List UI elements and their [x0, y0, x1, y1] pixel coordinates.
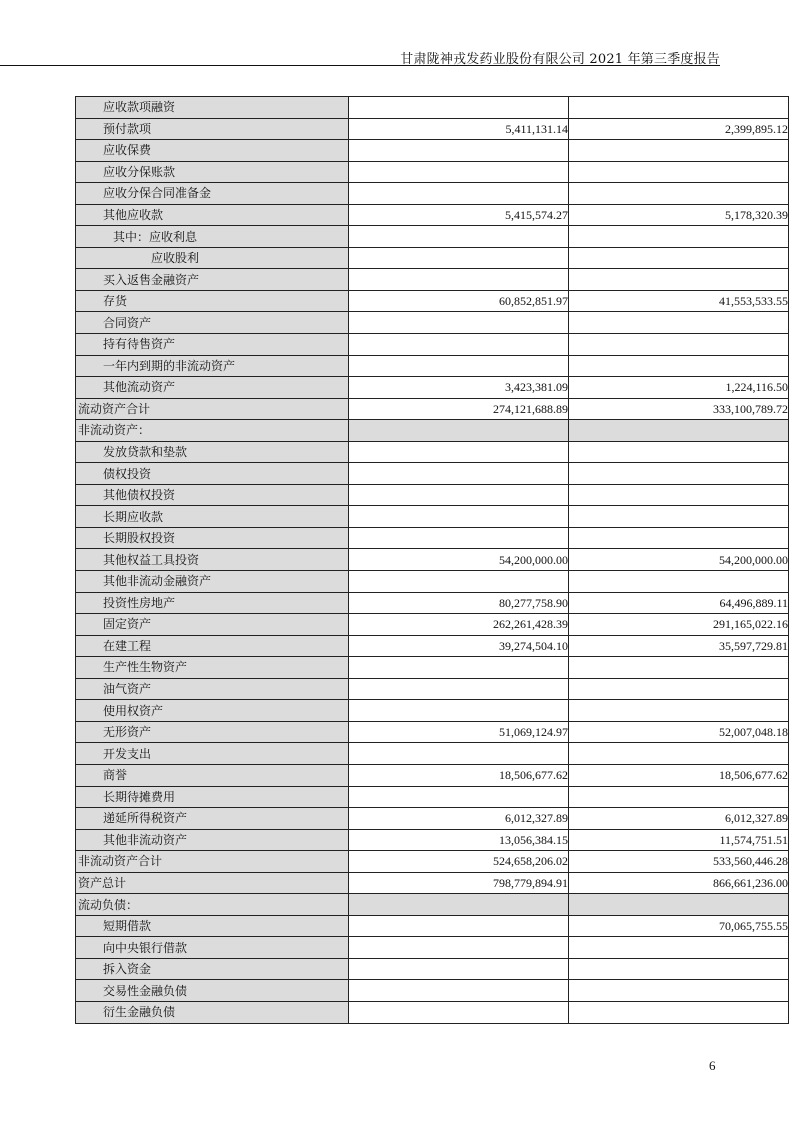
current-period-value: [349, 506, 569, 528]
row-label: 油气资产: [76, 678, 349, 700]
row-label: 拆入资金: [76, 958, 349, 980]
table-row: 固定资产262,261,428.39291,165,022.16: [76, 614, 789, 636]
current-period-value: [349, 657, 569, 679]
prior-period-value: [569, 527, 789, 549]
row-label: 预付款项: [76, 118, 349, 140]
current-period-value: 60,852,851.97: [349, 290, 569, 312]
prior-period-value: [569, 247, 789, 269]
current-period-value: [349, 894, 569, 916]
row-label: 长期应收款: [76, 506, 349, 528]
prior-period-value: 291,165,022.16: [569, 614, 789, 636]
current-period-value: [349, 571, 569, 593]
table-row: 其他流动资产3,423,381.091,224,116.50: [76, 377, 789, 399]
row-label: 固定资产: [76, 614, 349, 636]
section-header-row: 流动负债：: [76, 894, 789, 916]
table-row: 其他非流动资产13,056,384.1511,574,751.51: [76, 829, 789, 851]
prior-period-value: [569, 980, 789, 1002]
table-row: 拆入资金: [76, 958, 789, 980]
prior-period-value: [569, 700, 789, 722]
prior-period-value: [569, 183, 789, 205]
current-period-value: 524,658,206.02: [349, 851, 569, 873]
current-period-value: [349, 269, 569, 291]
table-row: 应收分保账款: [76, 161, 789, 183]
table-row: 应收款项融资: [76, 97, 789, 119]
current-period-value: [349, 97, 569, 119]
table-row: 其他债权投资: [76, 484, 789, 506]
row-label: 交易性金融负债: [76, 980, 349, 1002]
table-row: 应收股利: [76, 247, 789, 269]
prior-period-value: [569, 894, 789, 916]
row-label: 商誉: [76, 764, 349, 786]
current-period-value: [349, 915, 569, 937]
prior-period-value: 6,012,327.89: [569, 808, 789, 830]
current-period-value: [349, 786, 569, 808]
prior-period-value: [569, 571, 789, 593]
row-label: 流动资产合计: [76, 398, 349, 420]
prior-period-value: 333,100,789.72: [569, 398, 789, 420]
table-row: 生产性生物资产: [76, 657, 789, 679]
current-period-value: [349, 937, 569, 959]
row-label: 其中：应收利息: [76, 226, 349, 248]
current-period-value: [349, 312, 569, 334]
current-period-value: 274,121,688.89: [349, 398, 569, 420]
row-label: 递延所得税资产: [76, 808, 349, 830]
prior-period-value: [569, 441, 789, 463]
prior-period-value: [569, 161, 789, 183]
prior-period-value: 11,574,751.51: [569, 829, 789, 851]
table-row: 债权投资: [76, 463, 789, 485]
prior-period-value: 1,224,116.50: [569, 377, 789, 399]
current-period-value: [349, 161, 569, 183]
prior-period-value: [569, 140, 789, 162]
prior-period-value: 41,553,533.55: [569, 290, 789, 312]
prior-period-value: [569, 743, 789, 765]
table-row: 流动资产合计274,121,688.89333,100,789.72: [76, 398, 789, 420]
row-label: 其他权益工具投资: [76, 549, 349, 571]
table-row: 其他非流动金融资产: [76, 571, 789, 593]
row-label: 发放贷款和垫款: [76, 441, 349, 463]
table-row: 油气资产: [76, 678, 789, 700]
current-period-value: 6,012,327.89: [349, 808, 569, 830]
row-label: 其他非流动金融资产: [76, 571, 349, 593]
prior-period-value: [569, 312, 789, 334]
prior-period-value: 64,496,889.11: [569, 592, 789, 614]
table-row: 一年内到期的非流动资产: [76, 355, 789, 377]
row-label: 应收分保账款: [76, 161, 349, 183]
row-label: 长期待摊费用: [76, 786, 349, 808]
current-period-value: [349, 441, 569, 463]
row-label: 持有待售资产: [76, 334, 349, 356]
table-row: 长期股权投资: [76, 527, 789, 549]
prior-period-value: [569, 355, 789, 377]
table-row: 合同资产: [76, 312, 789, 334]
row-label: 生产性生物资产: [76, 657, 349, 679]
current-period-value: [349, 980, 569, 1002]
row-label: 其他债权投资: [76, 484, 349, 506]
prior-period-value: [569, 1001, 789, 1023]
current-period-value: 5,415,574.27: [349, 204, 569, 226]
table-row: 使用权资产: [76, 700, 789, 722]
prior-period-value: [569, 226, 789, 248]
prior-period-value: [569, 786, 789, 808]
prior-period-value: 70,065,755.55: [569, 915, 789, 937]
table-row: 衍生金融负债: [76, 1001, 789, 1023]
current-period-value: [349, 527, 569, 549]
current-period-value: 54,200,000.00: [349, 549, 569, 571]
current-period-value: [349, 334, 569, 356]
prior-period-value: 2,399,895.12: [569, 118, 789, 140]
table-row: 存货60,852,851.9741,553,533.55: [76, 290, 789, 312]
prior-period-value: [569, 506, 789, 528]
prior-period-value: [569, 958, 789, 980]
row-label: 其他流动资产: [76, 377, 349, 399]
balance-sheet-table: 应收款项融资预付款项5,411,131.142,399,895.12应收保费应收…: [75, 96, 789, 1024]
current-period-value: [349, 247, 569, 269]
row-label: 其他应收款: [76, 204, 349, 226]
current-period-value: 5,411,131.14: [349, 118, 569, 140]
current-period-value: [349, 484, 569, 506]
table-row: 买入返售金融资产: [76, 269, 789, 291]
current-period-value: 39,274,504.10: [349, 635, 569, 657]
row-label: 债权投资: [76, 463, 349, 485]
prior-period-value: 35,597,729.81: [569, 635, 789, 657]
prior-period-value: [569, 269, 789, 291]
table-row: 预付款项5,411,131.142,399,895.12: [76, 118, 789, 140]
row-label: 向中央银行借款: [76, 937, 349, 959]
row-label: 在建工程: [76, 635, 349, 657]
row-label: 买入返售金融资产: [76, 269, 349, 291]
header-divider: [0, 65, 720, 66]
prior-period-value: 52,007,048.18: [569, 721, 789, 743]
row-label: 存货: [76, 290, 349, 312]
current-period-value: [349, 140, 569, 162]
row-label: 应收保费: [76, 140, 349, 162]
current-period-value: [349, 743, 569, 765]
current-period-value: [349, 355, 569, 377]
table-row: 商誉18,506,677.6218,506,677.62: [76, 764, 789, 786]
table-row: 应收分保合同准备金: [76, 183, 789, 205]
table-row: 无形资产51,069,124.9752,007,048.18: [76, 721, 789, 743]
row-label: 应收股利: [76, 247, 349, 269]
row-label: 无形资产: [76, 721, 349, 743]
table-row: 短期借款70,065,755.55: [76, 915, 789, 937]
row-label: 其他非流动资产: [76, 829, 349, 851]
current-period-value: 80,277,758.90: [349, 592, 569, 614]
row-label: 非流动资产合计: [76, 851, 349, 873]
row-label: 应收分保合同准备金: [76, 183, 349, 205]
current-period-value: [349, 226, 569, 248]
prior-period-value: [569, 678, 789, 700]
prior-period-value: 533,560,446.28: [569, 851, 789, 873]
prior-period-value: [569, 657, 789, 679]
table-row: 长期待摊费用: [76, 786, 789, 808]
table-row: 其他应收款5,415,574.275,178,320.39: [76, 204, 789, 226]
balance-sheet-body: 应收款项融资预付款项5,411,131.142,399,895.12应收保费应收…: [76, 97, 789, 1024]
table-row: 持有待售资产: [76, 334, 789, 356]
table-row: 长期应收款: [76, 506, 789, 528]
row-label: 非流动资产：: [76, 420, 349, 442]
row-label: 投资性房地产: [76, 592, 349, 614]
prior-period-value: [569, 420, 789, 442]
prior-period-value: 5,178,320.39: [569, 204, 789, 226]
current-period-value: [349, 1001, 569, 1023]
table-row: 发放贷款和垫款: [76, 441, 789, 463]
current-period-value: [349, 678, 569, 700]
row-label: 使用权资产: [76, 700, 349, 722]
row-label: 资产总计: [76, 872, 349, 894]
row-label: 一年内到期的非流动资产: [76, 355, 349, 377]
row-label: 开发支出: [76, 743, 349, 765]
row-label: 短期借款: [76, 915, 349, 937]
current-period-value: [349, 700, 569, 722]
current-period-value: [349, 463, 569, 485]
current-period-value: [349, 958, 569, 980]
prior-period-value: [569, 334, 789, 356]
prior-period-value: 866,661,236.00: [569, 872, 789, 894]
current-period-value: 51,069,124.97: [349, 721, 569, 743]
prior-period-value: 54,200,000.00: [569, 549, 789, 571]
table-row: 非流动资产合计524,658,206.02533,560,446.28: [76, 851, 789, 873]
prior-period-value: 18,506,677.62: [569, 764, 789, 786]
table-row: 其中：应收利息: [76, 226, 789, 248]
table-row: 应收保费: [76, 140, 789, 162]
prior-period-value: [569, 97, 789, 119]
table-row: 资产总计798,779,894.91866,661,236.00: [76, 872, 789, 894]
row-label: 合同资产: [76, 312, 349, 334]
page-number: 6: [709, 1058, 716, 1074]
current-period-value: [349, 420, 569, 442]
table-row: 在建工程39,274,504.1035,597,729.81: [76, 635, 789, 657]
current-period-value: 18,506,677.62: [349, 764, 569, 786]
current-period-value: [349, 183, 569, 205]
prior-period-value: [569, 463, 789, 485]
current-period-value: 798,779,894.91: [349, 872, 569, 894]
current-period-value: 3,423,381.09: [349, 377, 569, 399]
table-row: 投资性房地产80,277,758.9064,496,889.11: [76, 592, 789, 614]
table-row: 向中央银行借款: [76, 937, 789, 959]
row-label: 应收款项融资: [76, 97, 349, 119]
table-row: 递延所得税资产6,012,327.896,012,327.89: [76, 808, 789, 830]
current-period-value: 262,261,428.39: [349, 614, 569, 636]
row-label: 流动负债：: [76, 894, 349, 916]
table-row: 其他权益工具投资54,200,000.0054,200,000.00: [76, 549, 789, 571]
row-label: 衍生金融负债: [76, 1001, 349, 1023]
prior-period-value: [569, 484, 789, 506]
current-period-value: 13,056,384.15: [349, 829, 569, 851]
table-row: 交易性金融负债: [76, 980, 789, 1002]
prior-period-value: [569, 937, 789, 959]
row-label: 长期股权投资: [76, 527, 349, 549]
section-header-row: 非流动资产：: [76, 420, 789, 442]
table-row: 开发支出: [76, 743, 789, 765]
